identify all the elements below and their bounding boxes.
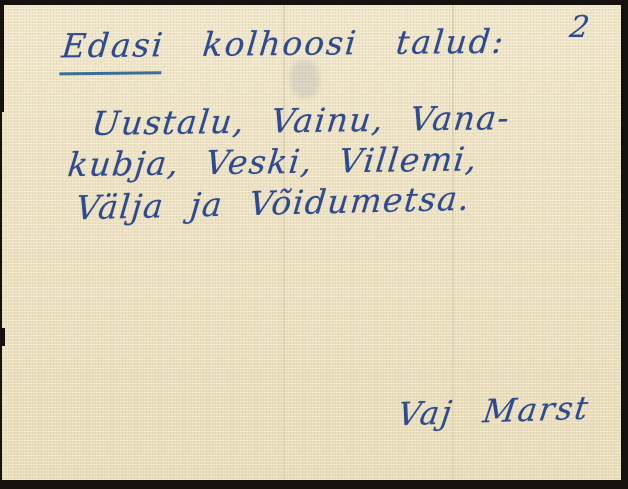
body-line: Uustalu, Vainu, Vana- (90, 97, 513, 144)
heading-rest: kolhoosi talud: (201, 22, 507, 64)
heading-line: Edasi kolhoosi talud: (60, 22, 507, 66)
scan-border-top (0, 0, 628, 5)
body-line: Välja ja Võidumetsa. (74, 177, 512, 229)
underlined-word: Edasi (59, 25, 166, 75)
scanned-note-card: Edasi kolhoosi talud: 2 Uustalu, Vainu, … (0, 0, 628, 489)
scan-border-left (0, 0, 4, 112)
scan-border-right (621, 0, 628, 489)
ink-smudge (290, 60, 320, 98)
page-number: 2 (568, 10, 592, 45)
scan-border-bottom (0, 480, 628, 489)
paper-background: Edasi kolhoosi talud: 2 Uustalu, Vainu, … (2, 4, 621, 480)
scan-border-left-notch (0, 328, 5, 346)
body-text: Uustalu, Vainu, Vana- kubja, Veski, Vill… (68, 100, 510, 223)
paper-fold-line (283, 4, 285, 480)
signature: Vaj Marst (395, 389, 592, 434)
